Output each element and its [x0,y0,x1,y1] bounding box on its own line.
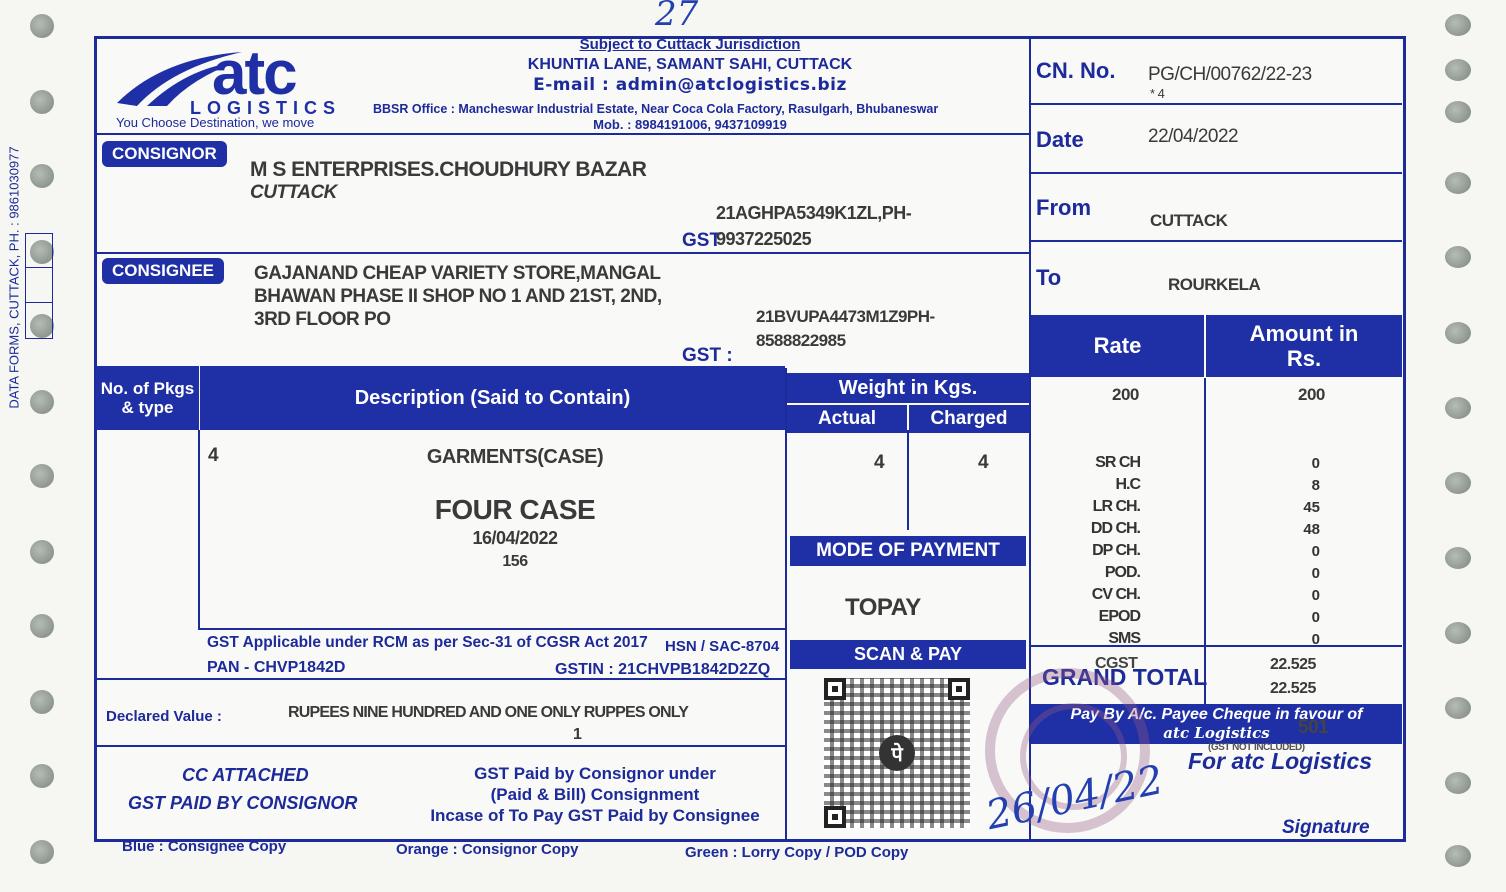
feed-hole [1445,697,1471,719]
charge-row: H.C8 [1030,474,1400,496]
from-label: From [1036,195,1091,221]
feed-hole [1445,772,1471,794]
declared-value-label: Declared Value : [106,708,222,725]
charge-name: EPOD [1030,608,1140,626]
col-actual: Actual [787,405,907,433]
top-annotation: 27 [655,0,698,34]
charge-name: DP CH. [1030,542,1140,560]
charge-name: POD. [1030,564,1140,582]
col-rate: Rate [1031,315,1204,377]
charge-row: CV CH.0 [1030,584,1400,606]
charge-row: DD CH.48 [1030,518,1400,540]
side-boxes [25,233,53,339]
col-weight: Weight in Kgs. [787,373,1029,403]
charged-weight: 4 [978,452,988,474]
feed-hole [1445,101,1471,123]
charge-value: 0 [1220,631,1320,648]
description-ref: 156 [330,553,700,571]
payment-qr-code[interactable]: पे [824,678,970,828]
feed-hole [30,164,54,188]
atc-logo: atc LOGISTICS [112,46,372,122]
description-words: FOUR CASE [330,494,700,526]
consignor-gst-line1: 21AGHPA5349K1ZL,PH- [716,203,911,224]
charge-row: EPOD0 [1030,606,1400,628]
declared-value-line2: 1 [573,726,581,744]
phonepe-icon: पे [879,735,915,771]
feed-hole [1445,397,1471,419]
charge-row: SR CH0 [1030,452,1400,474]
mode-of-payment-label: MODE OF PAYMENT [790,536,1026,566]
charge-value: 45 [1220,499,1320,516]
charge-name: DD CH. [1030,520,1140,538]
from-value: CUTTACK [1150,211,1227,231]
feed-hole [30,690,54,714]
charge-name: SMS [1030,630,1140,648]
cn-note: * 4 [1150,86,1164,101]
feed-hole [30,14,54,38]
feed-hole [1445,14,1471,36]
feed-hole [1445,472,1471,494]
consignee-gst-label: GST : [682,345,733,367]
charge-value: 0 [1220,587,1320,604]
email: E-mail : admin@atclogistics.biz [450,75,930,95]
feed-hole [30,840,54,864]
feed-hole [1445,622,1471,644]
charge-value: 0 [1220,609,1320,626]
cn-value: PG/CH/00762/22-23 [1148,64,1312,86]
cc-attached: CC ATTACHED [182,765,309,786]
description-value: GARMENTS(CASE) [330,446,700,469]
feed-hole [30,464,54,488]
charge-name: CV CH. [1030,586,1140,604]
consignee-label: CONSIGNEE [102,258,224,284]
feed-hole [1445,845,1471,867]
col-description: Description (Said to Contain) [200,366,785,430]
feed-hole [30,540,54,564]
charge-name: LR CH. [1030,498,1140,516]
consignee-name: GAJANAND CHEAP VARIETY STORE,MANGAL BHAW… [254,262,662,331]
printer-credit: DATA FORMS, CUTTACK, PH. : 9861030977 [7,118,22,438]
consignor-name: M S ENTERPRISES.CHOUDHURY BAZAR [250,158,646,182]
charge-name: SR CH [1030,454,1140,472]
rate-value: 200 [1112,385,1139,405]
feed-hole [1445,59,1471,81]
charge-value: 0 [1220,543,1320,560]
mode-of-payment-value: TOPAY [845,594,921,622]
feed-hole [30,614,54,638]
signature-label: Signature [1282,817,1370,839]
consignor-gst-line2: 9937225025 [716,229,811,250]
for-company: For atc Logistics [1188,748,1372,775]
sgst-value: 22.525 [1270,680,1316,698]
gstin-number: GSTIN : 21CHVPB1842D2ZQ [555,661,770,679]
feed-hole [1445,246,1471,268]
cn-label: CN. No. [1036,58,1115,84]
col-pkgs: No. of Pkgs & type [96,366,199,430]
feed-hole [30,764,54,788]
feed-hole [1445,172,1471,194]
consignee-gst: 21BVUPA4473M1Z9PH- 8588822985 [756,305,935,353]
charge-name: H.C [1030,476,1140,494]
feed-hole [1445,547,1471,569]
tagline: You Choose Destination, we move [116,115,314,130]
cgst-value: 22.525 [1270,656,1316,674]
charge-value: 0 [1220,565,1320,582]
charge-value: 0 [1220,455,1320,472]
col-amount: Amount in Rs. [1206,315,1402,377]
gst-paid-by: GST PAID BY CONSIGNOR [128,793,357,814]
charge-row: DP CH.0 [1030,540,1400,562]
copy-green: Green : Lorry Copy / POD Copy [685,844,908,861]
copy-blue: Blue : Consignee Copy [122,838,286,855]
address: KHUNTIA LANE, SAMANT SAHI, CUTTACK [450,56,930,74]
col-charged: Charged [909,405,1029,433]
description-date: 16/04/2022 [330,528,700,549]
consignor-city: CUTTACK [250,182,337,204]
bbsr-office: BBSR Office : Mancheswar Industrial Esta… [373,102,1023,116]
charge-value: 48 [1220,521,1320,538]
mobile: Mob. : 8984191006, 9437109919 [470,117,910,132]
amount-value: 200 [1298,385,1325,405]
charge-row: POD.0 [1030,562,1400,584]
feed-hole [30,390,54,414]
date-label: Date [1036,127,1084,153]
feed-hole [1445,322,1471,344]
scan-pay-label: SCAN & PAY [790,640,1026,669]
pan-number: PAN - CHVP1842D [207,659,345,677]
jurisdiction: Subject to Cuttack Jurisdiction [470,36,910,53]
gst-rcm-note: GST Applicable under RCM as per Sec-31 o… [207,634,648,652]
grand-total-value: 501 [1298,717,1328,739]
date-value: 22/04/2022 [1148,126,1238,148]
charge-row: SMS0 [1030,628,1400,650]
pkgs-value: 4 [208,445,218,467]
charge-row: LR CH.45 [1030,496,1400,518]
consignor-label: CONSIGNOR [102,141,227,167]
charge-value: 8 [1220,477,1320,494]
copy-orange: Orange : Consignor Copy [396,841,579,858]
charges-list: SR CH0H.C8LR CH.45DD CH.48DP CH.0POD.0CV… [1030,452,1400,650]
declared-value: RUPEES NINE HUNDRED AND ONE ONLY RUPPES … [288,704,688,722]
to-label: To [1036,265,1061,291]
to-value: ROURKELA [1168,275,1260,295]
actual-weight: 4 [874,452,884,474]
feed-hole [30,90,54,114]
hsn-code: HSN / SAC-8704 [665,638,779,655]
gst-payment-note: GST Paid by Consignor under (Paid & Bill… [410,763,780,826]
